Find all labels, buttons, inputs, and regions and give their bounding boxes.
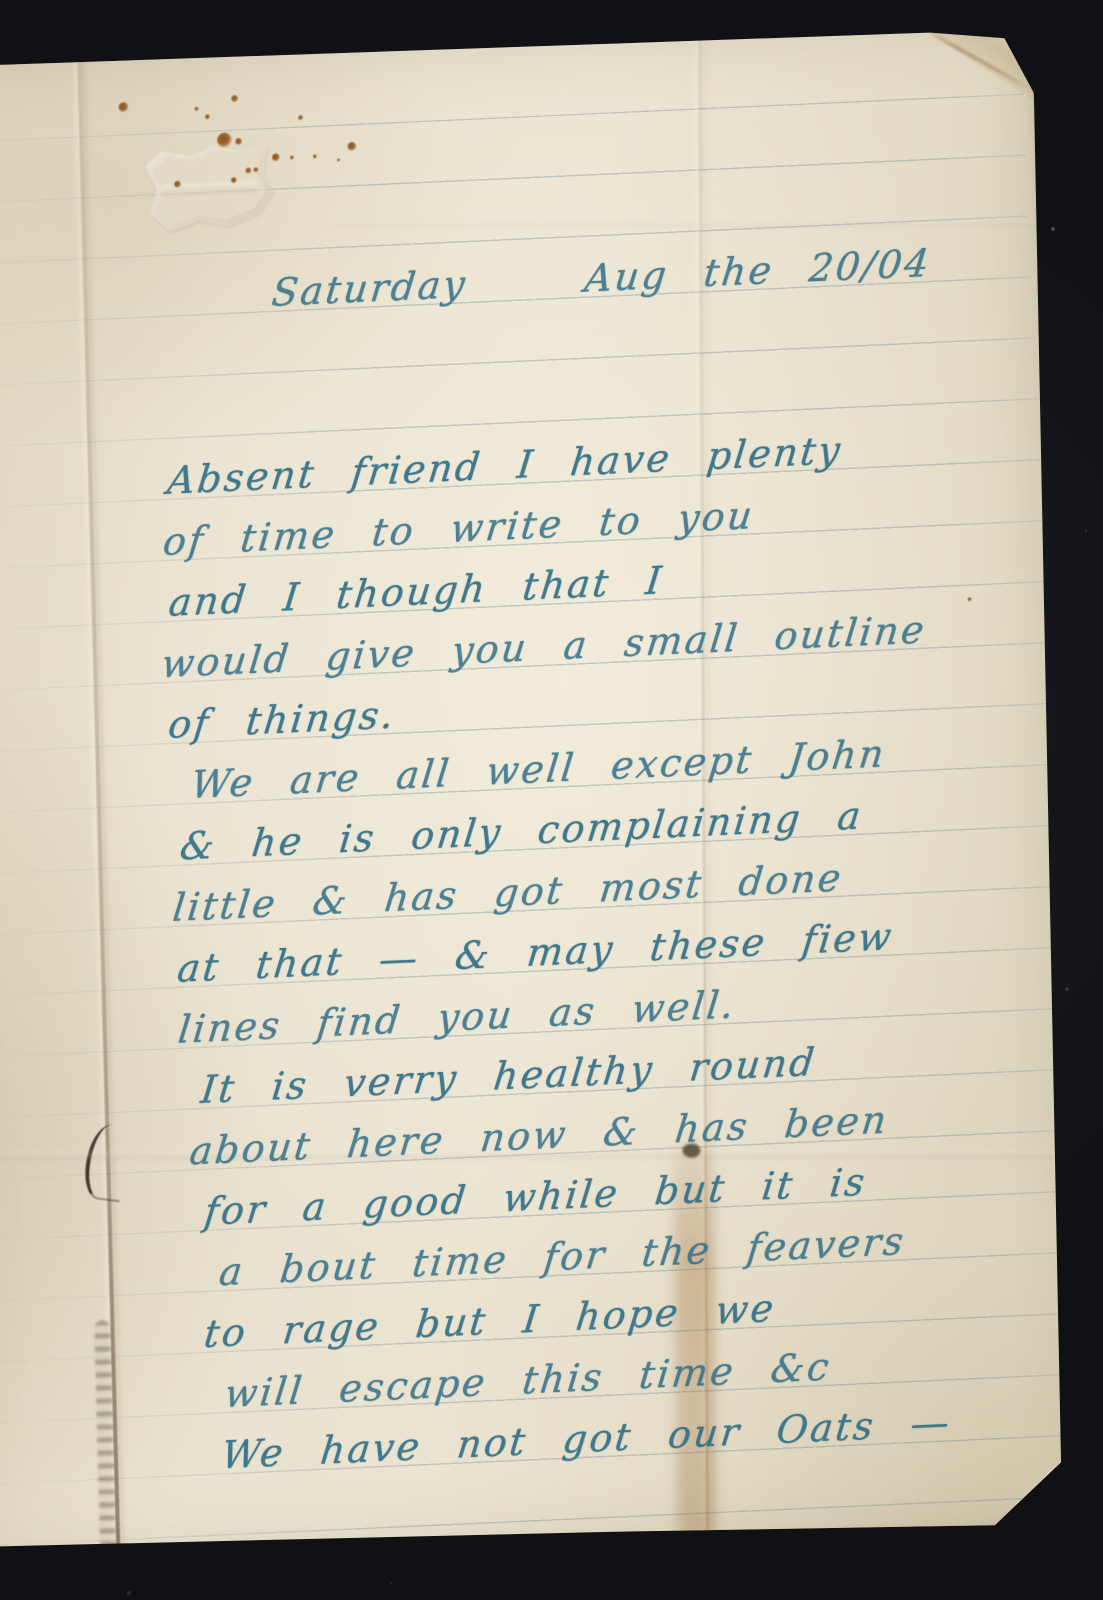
foxing-spot <box>337 158 340 161</box>
letter-lines: SaturdayAug the 20/04Absent friend I hav… <box>0 9 1030 60</box>
letter-paper: SaturdayAug the 20/04Absent friend I hav… <box>0 9 1099 1574</box>
date-day: Saturday <box>269 258 470 319</box>
foxing-spot <box>195 107 199 111</box>
photo-background: SaturdayAug the 20/04Absent friend I hav… <box>0 0 1103 1600</box>
foxing-spot <box>118 102 128 112</box>
foxing-spot <box>205 114 210 119</box>
date-gap <box>468 291 586 296</box>
dust-specks <box>0 0 2 2</box>
embossed-stationery-crest <box>140 142 276 234</box>
letter-line: of things. <box>167 689 396 751</box>
horizontal-crease <box>334 220 1039 227</box>
corner-fold-top-right <box>900 9 1034 107</box>
foxing-spot <box>231 95 238 102</box>
letter-line-text: of things. <box>166 688 399 751</box>
foxing-spots <box>0 9 1030 60</box>
foxing-spot <box>298 115 303 120</box>
